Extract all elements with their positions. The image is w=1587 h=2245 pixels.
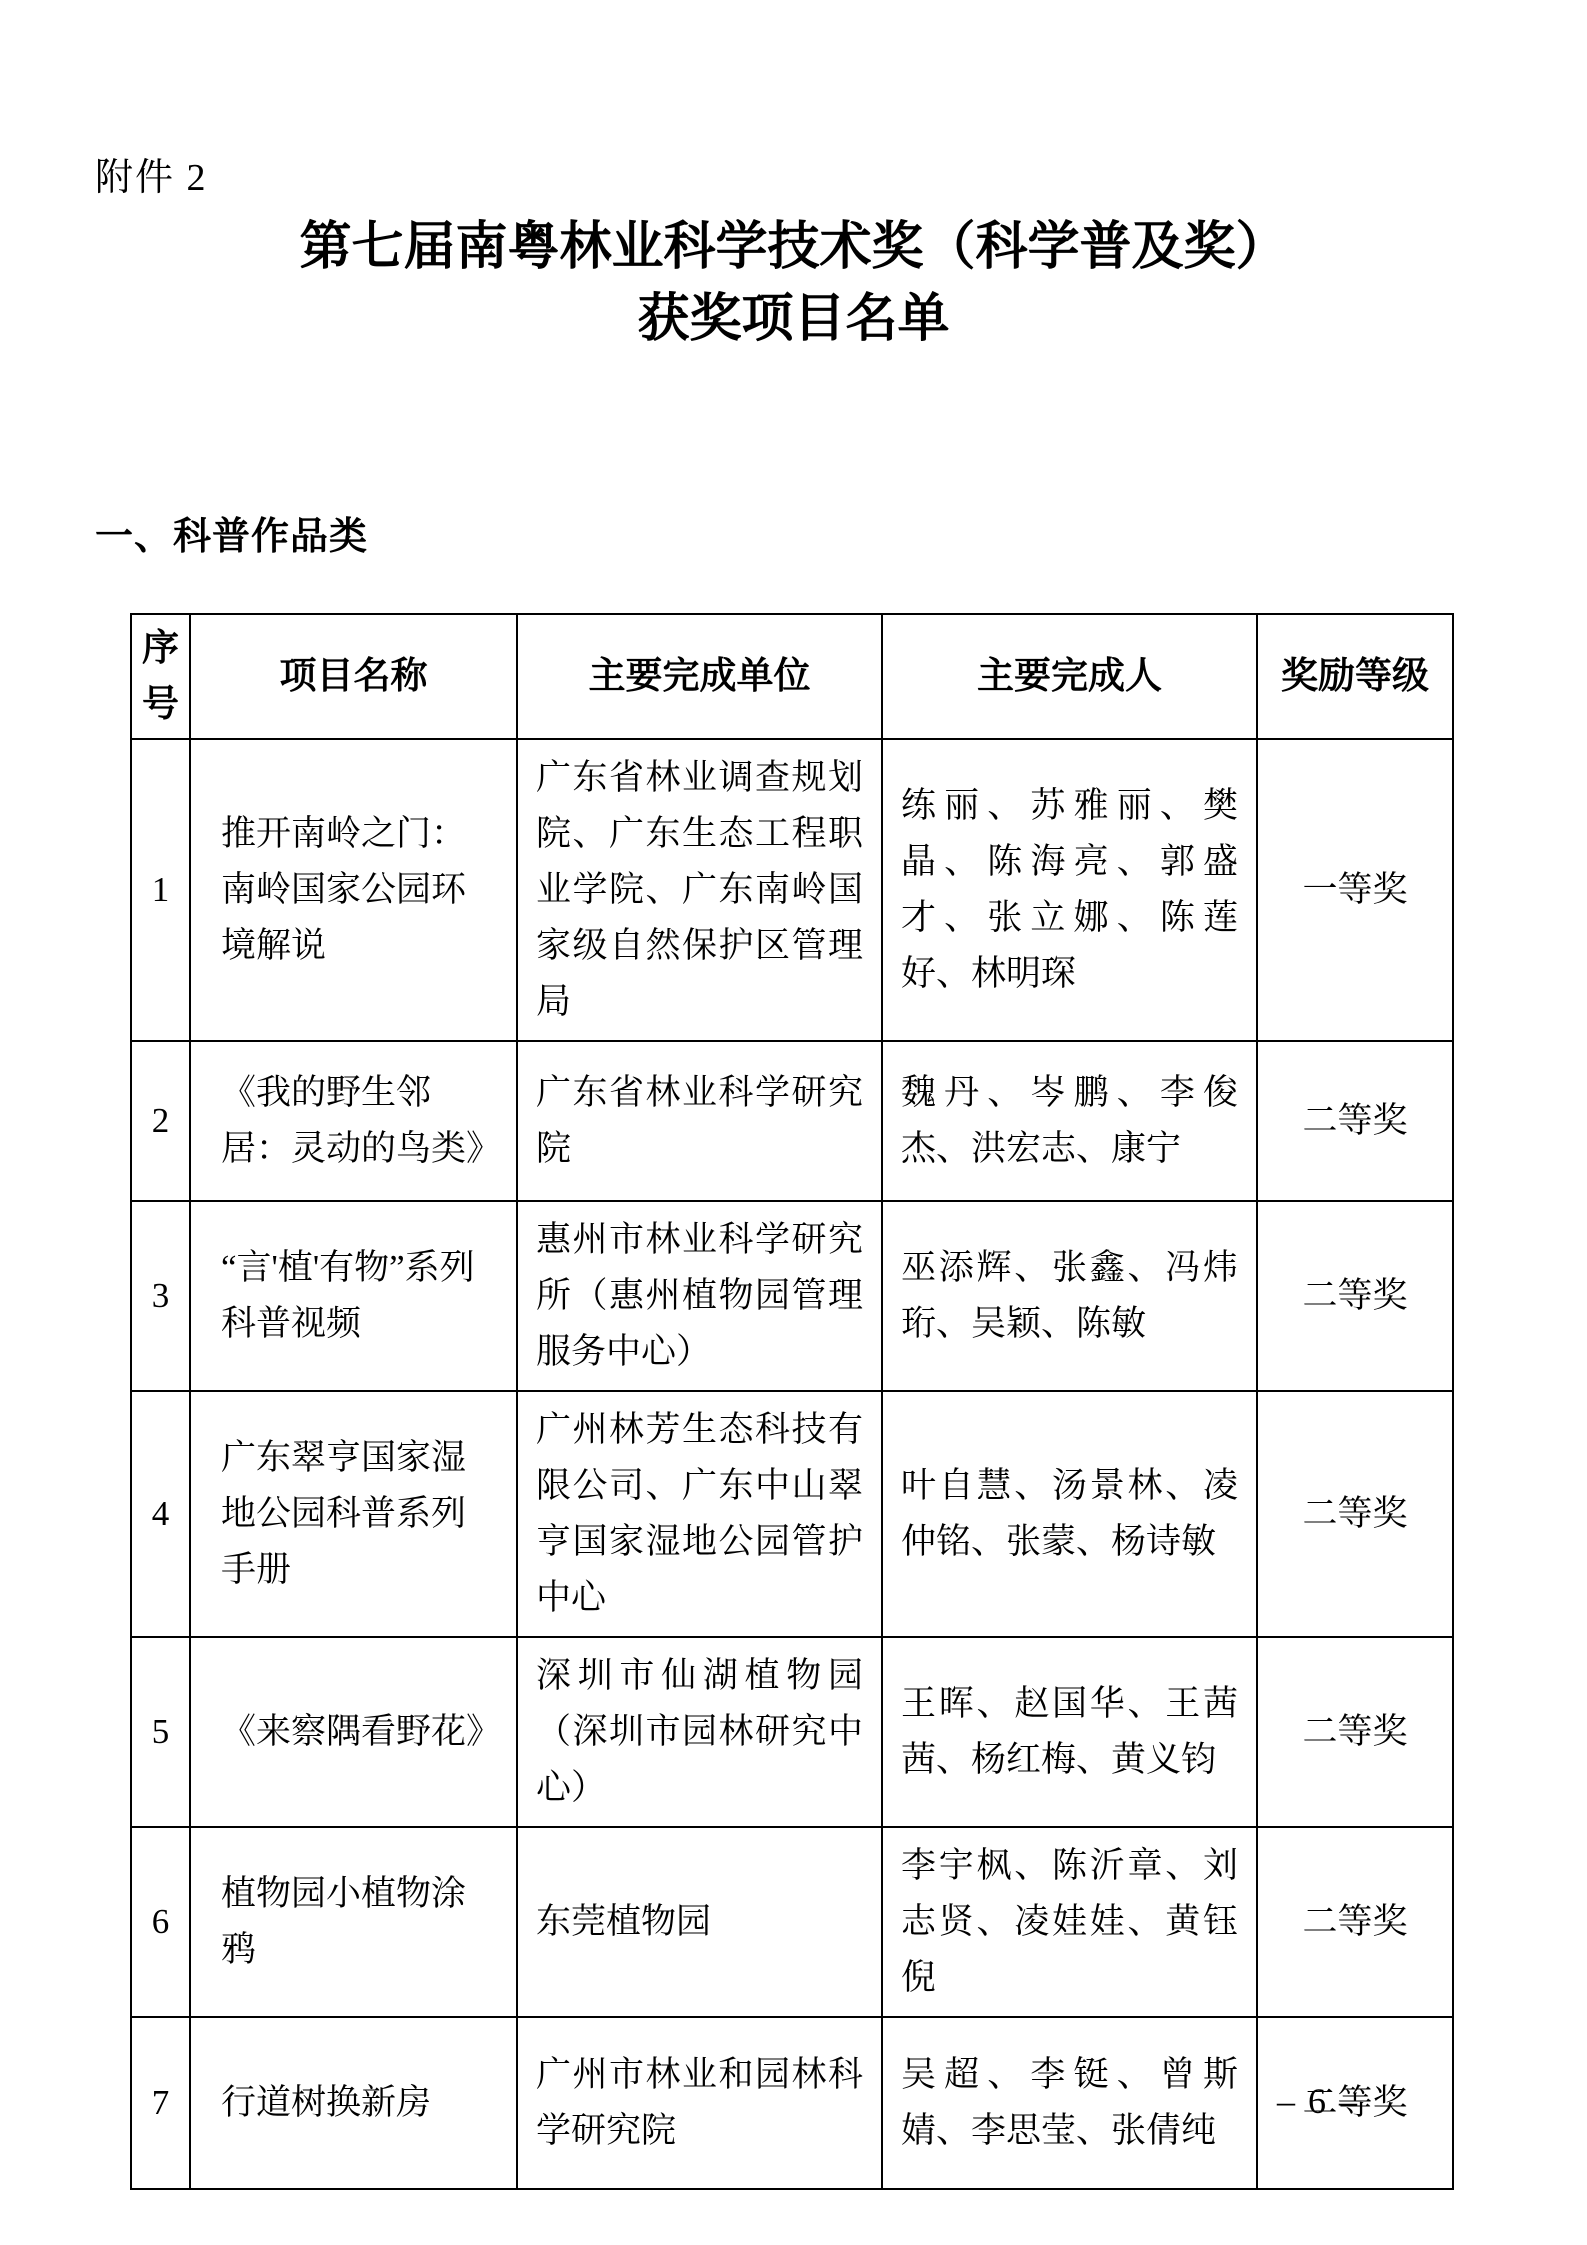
table-header-row: 序号 项目名称 主要完成单位 主要完成人 奖励等级 [131,614,1453,739]
people-cell: 巫添辉、张鑫、冯炜珩、吴颖、陈敏 [882,1201,1257,1391]
row-number-cell: 3 [131,1201,190,1391]
project-name-cell: 推开南岭之门：南岭国家公园环境解说 [190,739,517,1041]
row-number-cell: 4 [131,1391,190,1637]
section-heading: 一、科普作品类 [95,505,368,560]
project-name-cell: 《我的野生邻居：灵动的鸟类》 [190,1041,517,1201]
award-level-cell: 二等奖 [1257,1827,1453,2017]
table-row: 5 《来察隅看野花》 深圳市仙湖植物园（深圳市园林研究中心） 王晖、赵国华、王茜… [131,1637,1453,1827]
award-level-cell: 二等奖 [1257,1637,1453,1827]
people-cell: 叶自慧、汤景林、凌仲铭、张蒙、杨诗敏 [882,1391,1257,1637]
row-number-cell: 5 [131,1637,190,1827]
header-people: 主要完成人 [882,614,1257,739]
organizations-cell: 惠州市林业科学研究所（惠州植物园管理服务中心） [517,1201,882,1391]
document-title-line1: 第七届南粤林业科学技术奖（科学普及奖） [0,212,1587,284]
project-name-cell: “言'植'有物”系列科普视频 [190,1201,517,1391]
header-organizations: 主要完成单位 [517,614,882,739]
row-number-cell: 1 [131,739,190,1041]
award-table: 序号 项目名称 主要完成单位 主要完成人 奖励等级 1 推开南岭之门：南岭国家公… [130,613,1454,2190]
organizations-cell: 广州市林业和园林科学研究院 [517,2017,882,2189]
organizations-cell: 广州林芳生态科技有限公司、广东中山翠亨国家湿地公园管护中心 [517,1391,882,1637]
document-title: 第七届南粤林业科学技术奖（科学普及奖） 获奖项目名单 [0,212,1587,356]
people-cell: 魏丹、岑鹏、李俊杰、洪宏志、康宁 [882,1041,1257,1201]
row-number-cell: 6 [131,1827,190,2017]
people-cell: 王晖、赵国华、王茜茜、杨红梅、黄义钧 [882,1637,1257,1827]
project-name-cell: 广东翠亨国家湿地公园科普系列手册 [190,1391,517,1637]
organizations-cell: 广东省林业科学研究院 [517,1041,882,1201]
project-name-cell: 植物园小植物涂鸦 [190,1827,517,2017]
page-number: – 6 – [1277,2080,1359,2122]
table-row: 3 “言'植'有物”系列科普视频 惠州市林业科学研究所（惠州植物园管理服务中心）… [131,1201,1453,1391]
project-name-cell: 行道树换新房 [190,2017,517,2189]
table-row: 7 行道树换新房 广州市林业和园林科学研究院 吴超、李铤、曾斯婧、李思莹、张倩纯… [131,2017,1453,2189]
people-cell: 练丽、苏雅丽、樊晶、陈海亮、郭盛才、张立娜、陈莲好、林明琛 [882,739,1257,1041]
people-cell: 李宇枫、陈沂章、刘志贤、凌娃娃、黄钰倪 [882,1827,1257,2017]
table-row: 4 广东翠亨国家湿地公园科普系列手册 广州林芳生态科技有限公司、广东中山翠亨国家… [131,1391,1453,1637]
award-level-cell: 二等奖 [1257,1041,1453,1201]
row-number-cell: 7 [131,2017,190,2189]
table-row: 2 《我的野生邻居：灵动的鸟类》 广东省林业科学研究院 魏丹、岑鹏、李俊杰、洪宏… [131,1041,1453,1201]
attachment-label: 附件 2 [95,146,208,201]
table-row: 1 推开南岭之门：南岭国家公园环境解说 广东省林业调查规划院、广东生态工程职业学… [131,739,1453,1041]
award-level-cell: 二等奖 [1257,1201,1453,1391]
award-level-cell: 二等奖 [1257,1391,1453,1637]
document-title-line2: 获奖项目名单 [0,284,1587,356]
header-project: 项目名称 [190,614,517,739]
organizations-cell: 广东省林业调查规划院、广东生态工程职业学院、广东南岭国家级自然保护区管理局 [517,739,882,1041]
table-row: 6 植物园小植物涂鸦 东莞植物园 李宇枫、陈沂章、刘志贤、凌娃娃、黄钰倪 二等奖 [131,1827,1453,2017]
row-number-cell: 2 [131,1041,190,1201]
organizations-cell: 深圳市仙湖植物园（深圳市园林研究中心） [517,1637,882,1827]
project-name-cell: 《来察隅看野花》 [190,1637,517,1827]
header-no: 序号 [131,614,190,739]
organizations-cell: 东莞植物园 [517,1827,882,2017]
header-award: 奖励等级 [1257,614,1453,739]
people-cell: 吴超、李铤、曾斯婧、李思莹、张倩纯 [882,2017,1257,2189]
document-page: 附件 2 第七届南粤林业科学技术奖（科学普及奖） 获奖项目名单 一、科普作品类 … [0,0,1587,2245]
award-level-cell: 一等奖 [1257,739,1453,1041]
